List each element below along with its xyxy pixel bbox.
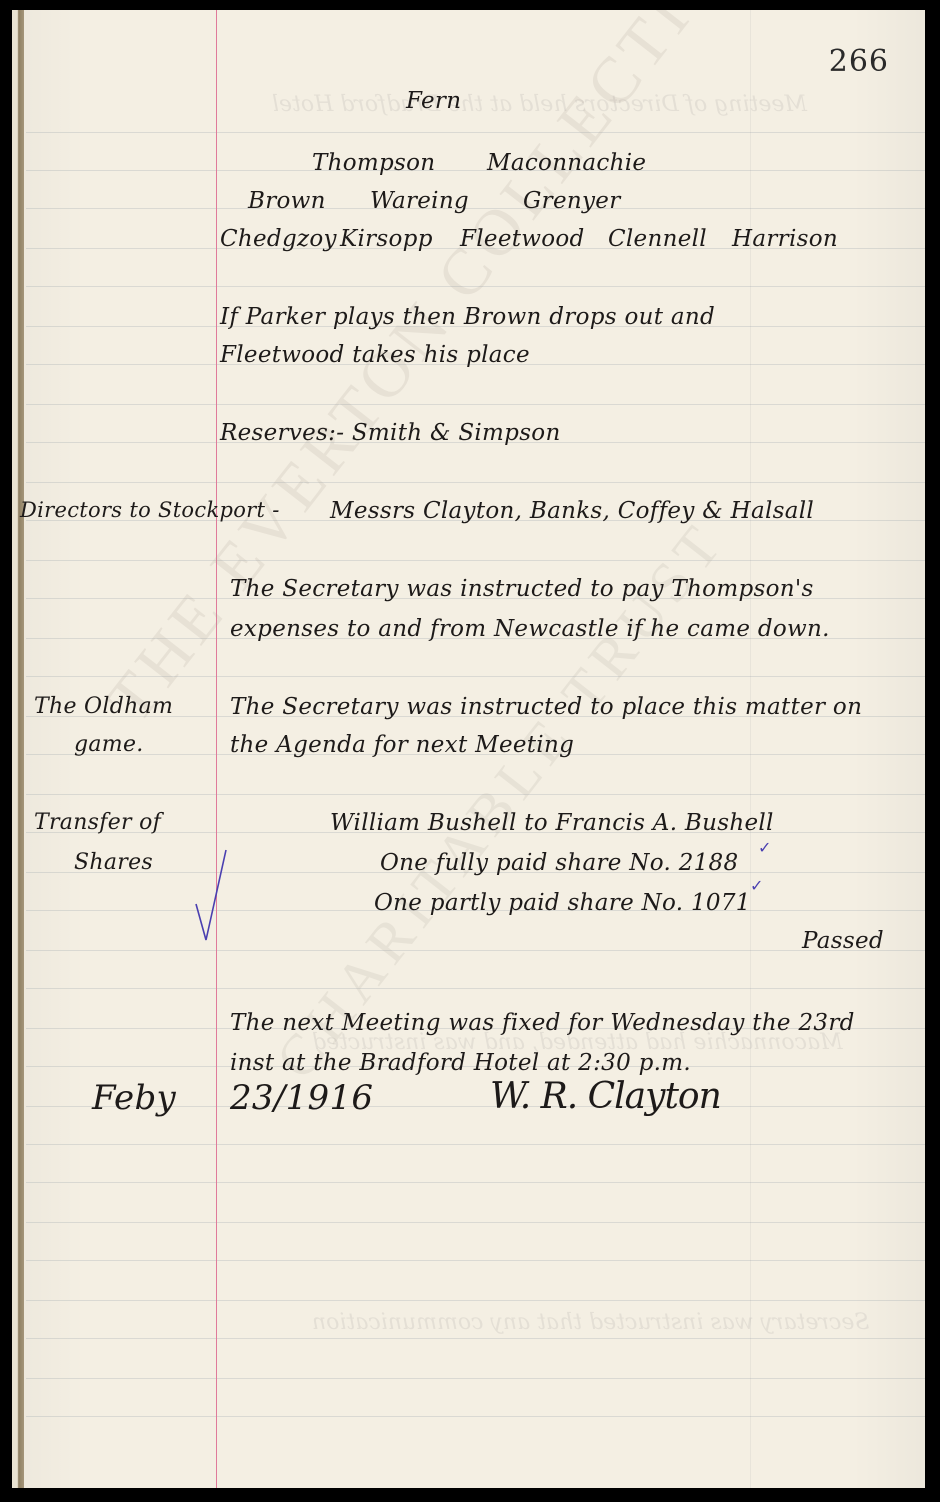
show-through-text: Meeting of Directors held at the Bradfor… [272, 92, 807, 117]
back-name: Thompson [312, 150, 435, 176]
date-month: Feby [92, 1078, 176, 1118]
ruled-line [26, 988, 925, 989]
ruled-line [26, 1378, 925, 1379]
halfback-name: Wareing [370, 188, 469, 214]
show-through-text: Secretary was instructed that any commun… [312, 1310, 869, 1335]
ruled-line [26, 1338, 925, 1339]
margin-rule [216, 10, 217, 1488]
minute-line: The next Meeting was fixed for Wednesday… [230, 1010, 855, 1036]
forward-name: Kirsopp [340, 226, 433, 252]
parker-note-line: If Parker plays then Brown drops out and [220, 304, 715, 330]
date-value: 23/1916 [230, 1078, 373, 1118]
ruled-line [26, 1300, 925, 1301]
margin-label-oldham: The Oldham [34, 694, 173, 719]
check-mark-icon: ✓ [758, 838, 771, 857]
margin-label-directors: Directors to Stockport - [20, 498, 280, 522]
ruled-line [26, 404, 925, 405]
ledger-page: Meeting of Directors held at the Bradfor… [12, 10, 925, 1488]
minute-line: The Secretary was instructed to pay Thom… [230, 576, 814, 602]
transfer-line: William Bushell to Francis A. Bushell [330, 810, 774, 836]
check-mark-icon: ✓ [750, 876, 763, 895]
share-line: One partly paid share No. 1071 [374, 890, 751, 916]
margin-label-oldham: game. [74, 732, 144, 757]
minute-line: The Secretary was instructed to place th… [230, 694, 862, 720]
back-name: Maconnachie [487, 150, 646, 176]
chairman-signature: W. R. Clayton [490, 1076, 721, 1117]
ruled-line [26, 1416, 925, 1417]
ruled-line [26, 950, 925, 951]
halfback-name: Grenyer [523, 188, 621, 214]
ruled-line [26, 1144, 925, 1145]
forward-name: Chedgzoy [220, 226, 337, 252]
forward-name: Harrison [732, 226, 838, 252]
halfback-name: Brown [248, 188, 326, 214]
share-line: One fully paid share No. 2188 [380, 850, 738, 876]
forward-name: Clennell [608, 226, 707, 252]
ruled-line [26, 1260, 925, 1261]
margin-label-transfer: Transfer of [34, 810, 161, 835]
minute-line: the Agenda for next Meeting [230, 732, 574, 758]
parker-note-line: Fleetwood takes his place [220, 342, 530, 368]
ruled-line [26, 1222, 925, 1223]
forward-name: Fleetwood [460, 226, 585, 252]
ruled-line [26, 560, 925, 561]
reserves-line: Reserves:- Smith & Simpson [220, 420, 561, 446]
binding-edge [12, 10, 24, 1488]
goalkeeper-name: Fern [406, 88, 461, 114]
status-passed: Passed [802, 928, 884, 954]
directors-line: Messrs Clayton, Banks, Coffey & Halsall [330, 498, 814, 524]
check-mark-icon [190, 848, 230, 948]
ruled-line [26, 132, 925, 133]
margin-label-transfer: Shares [74, 850, 153, 875]
page-number: 266 [829, 44, 889, 79]
ruled-line [26, 1182, 925, 1183]
ruled-line [26, 170, 925, 171]
minute-line: expenses to and from Newcastle if he cam… [230, 616, 830, 642]
minute-line: inst at the Bradford Hotel at 2:30 p.m. [230, 1050, 691, 1076]
